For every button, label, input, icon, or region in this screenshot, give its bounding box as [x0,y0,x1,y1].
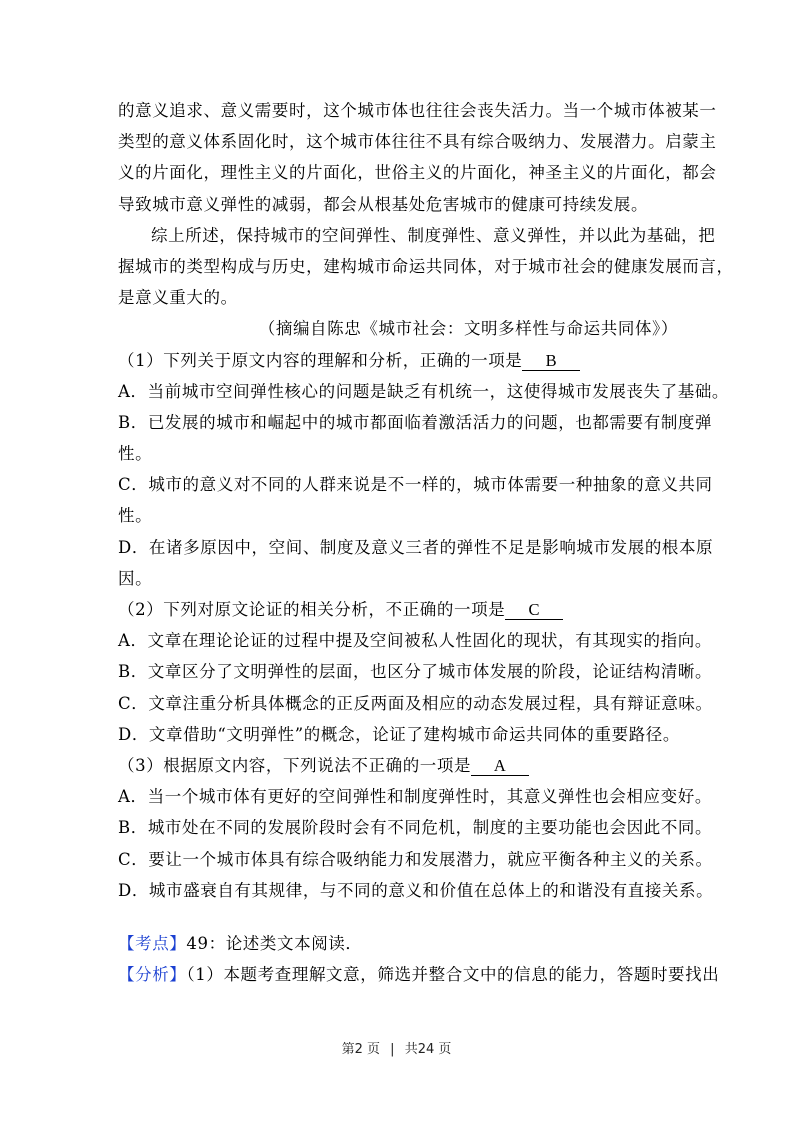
question-stem: （2）下列对原文论证的相关分析，不正确的一项是C [118,594,678,625]
passage-line: 义的片面化，理性主义的片面化，世俗主义的片面化，神圣主义的片面化，都会 [118,157,678,188]
option-a: A．文章在理论论证的过程中提及空间被私人性固化的现状，有其现实的指向。 [118,625,678,656]
fenxi-line: 【分析】（1）本题考查理解文意，筛选并整合文中的信息的能力，答题时要找出 [118,959,678,990]
total-pages-label: 共24 页 [405,1042,452,1057]
question-stem: （3）根据原文内容，下列说法不正确的一项是A [118,750,678,781]
option-c: C．要让一个城市体具有综合吸纳能力和发展潜力，就应平衡各种主义的关系。 [118,844,678,875]
fenxi-tag: 【分析】 [118,965,186,984]
option-d: D．在诸多原因中，空间、制度及意义三者的弹性不足是影响城市发展的根本原 [118,532,678,563]
answer-blank: C [505,601,563,620]
option-c-continued: 性。 [118,500,678,531]
option-a: A．当一个城市体有更好的空间弹性和制度弹性时，其意义弹性也会相应变好。 [118,781,678,812]
question-stem-text: （1）下列关于原文内容的理解和分析，正确的一项是 [118,351,522,370]
passage-line: 握城市的类型构成与历史，建构城市命运共同体，对于城市社会的健康发展而言， [118,251,678,282]
option-b: B．文章区分了文明弹性的层面，也区分了城市体发展的阶段，论证结构清晰。 [118,656,678,687]
solution-section: 【考点】49：论述类文本阅读． 【分析】（1）本题考查理解文意，筛选并整合文中的… [118,928,678,990]
fenxi-text: （1）本题考查理解文意，筛选并整合文中的信息的能力，答题时要找出 [186,965,719,984]
question-stem: （1）下列关于原文内容的理解和分析，正确的一项是B [118,345,678,376]
option-c: C．城市的意义对不同的人群来说是不一样的，城市体需要一种抽象的意义共同 [118,469,678,500]
document-page: 的意义追求、意义需要时，这个城市体也往往会丧失活力。当一个城市体被某一 类型的意… [0,0,793,1122]
option-b-continued: 性。 [118,438,678,469]
question-1: （1）下列关于原文内容的理解和分析，正确的一项是B A．当前城市空间弹性核心的问… [118,345,678,595]
passage-line: 导致城市意义弹性的减弱，都会从根基处危害城市的健康可持续发展。 [118,189,678,220]
option-b: B．城市处在不同的发展阶段时会有不同危机，制度的主要功能也会因此不同。 [118,812,678,843]
question-2: （2）下列对原文论证的相关分析，不正确的一项是C A．文章在理论论证的过程中提及… [118,594,678,750]
passage-conclusion: 综上所述，保持城市的空间弹性、制度弹性、意义弹性，并以此为基础，把 握城市的类型… [118,220,678,314]
option-d: D．文章借助“文明弹性”的概念，论证了建构城市命运共同体的重要路径。 [118,719,678,750]
current-page-label: 第2 页 [342,1042,380,1057]
passage-citation: （摘编自陈忠《城市社会：文明多样性与命运共同体》） [118,313,678,344]
option-d: D．城市盛衰自有其规律，与不同的意义和价值在总体上的和谐没有直接关系。 [118,875,678,906]
option-d-continued: 因。 [118,563,678,594]
question-3: （3）根据原文内容，下列说法不正确的一项是A A．当一个城市体有更好的空间弹性和… [118,750,678,906]
page-content: 的意义追求、意义需要时，这个城市体也往往会丧失活力。当一个城市体被某一 类型的意… [118,95,678,990]
passage-line: 类型的意义体系固化时，这个城市体往往不具有综合吸纳力、发展潜力。启蒙主 [118,126,678,157]
question-stem-text: （2）下列对原文论证的相关分析，不正确的一项是 [118,600,505,619]
answer-blank: B [522,352,580,371]
option-b: B．已发展的城市和崛起中的城市都面临着激活活力的问题，也都需要有制度弹 [118,407,678,438]
kaodian-text: 49：论述类文本阅读． [186,934,362,953]
kaodian-line: 【考点】49：论述类文本阅读． [118,928,678,959]
passage-line: 综上所述，保持城市的空间弹性、制度弹性、意义弹性，并以此为基础，把 [118,220,678,251]
question-stem-text: （3）根据原文内容，下列说法不正确的一项是 [118,756,471,775]
passage-line: 是意义重大的。 [118,282,678,313]
passage-line: 的意义追求、意义需要时，这个城市体也往往会丧失活力。当一个城市体被某一 [118,95,678,126]
page-footer: 第2 页 | 共24 页 [0,1038,793,1057]
option-a: A．当前城市空间弹性核心的问题是缺乏有机统一，这使得城市发展丧失了基础。 [118,376,678,407]
kaodian-tag: 【考点】 [118,934,186,953]
answer-blank: A [471,757,529,776]
option-c: C．文章注重分析具体概念的正反两面及相应的动态发展过程，具有辩证意味。 [118,688,678,719]
section-gap [118,906,678,928]
footer-separator: | [390,1042,394,1057]
passage-paragraph-end: 的意义追求、意义需要时，这个城市体也往往会丧失活力。当一个城市体被某一 类型的意… [118,95,678,220]
